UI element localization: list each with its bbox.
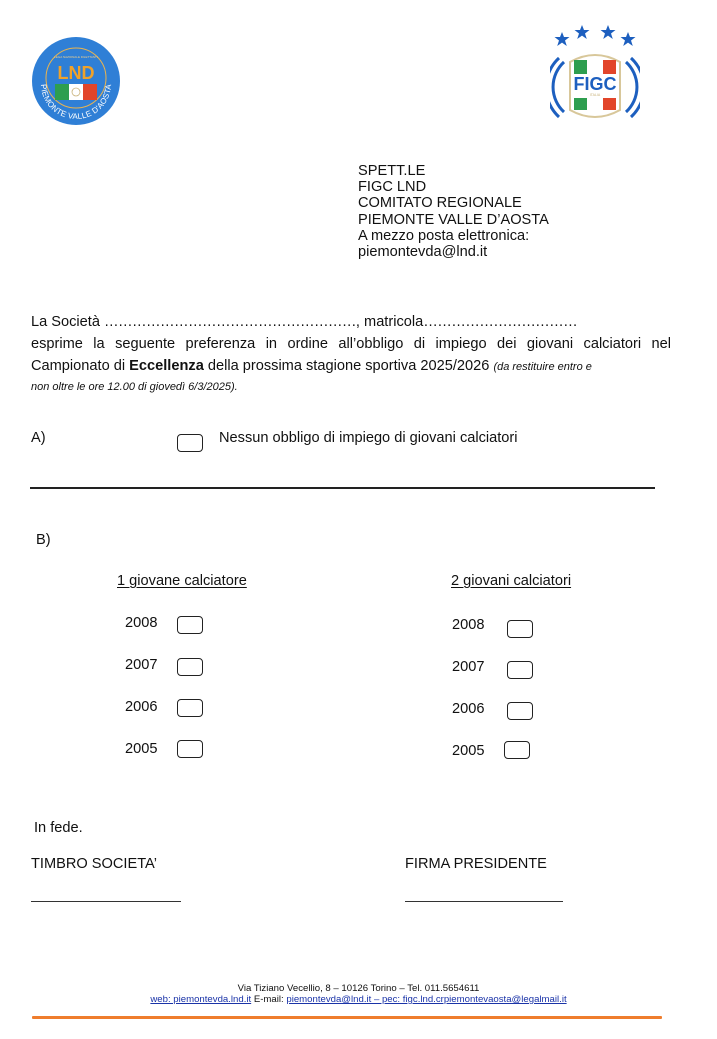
svg-text:LEGA NAZIONALE DILETTANTI: LEGA NAZIONALE DILETTANTI (54, 55, 98, 59)
year-label: 2006 (125, 699, 157, 715)
year-label: 2005 (452, 743, 484, 759)
recipient-line: FIGC LND (358, 179, 549, 195)
svg-text:LND: LND (58, 63, 95, 83)
intro-line-3: Campionato di Eccellenza della prossima … (31, 355, 671, 378)
option-a-text: Nessun obbligo di impiego di giovani cal… (219, 430, 518, 446)
svg-text:FIGC: FIGC (574, 74, 617, 94)
societa-field[interactable]: ……………………………………………… (104, 314, 356, 330)
recipient-line: A mezzo posta elettronica: (358, 228, 549, 244)
year-label: 2007 (125, 657, 157, 673)
option-b-label: B) (36, 532, 51, 548)
matricola-label: , matricola (356, 314, 423, 330)
checkbox-1-player-2007[interactable] (177, 658, 203, 676)
societa-label: La Società (31, 314, 100, 330)
year-label: 2008 (125, 615, 157, 631)
checkbox-1-player-2008[interactable] (177, 616, 203, 634)
checkbox-2-players-2006[interactable] (507, 702, 533, 720)
recipient-line: SPETT.LE (358, 163, 549, 179)
recipient-line: PIEMONTE VALLE D’AOSTA (358, 212, 549, 228)
stamp-label: TIMBRO SOCIETA’ (31, 856, 157, 872)
footer-address: Via Tiziano Vecellio, 8 – 10126 Torino –… (0, 983, 717, 994)
stamp-line[interactable] (31, 901, 181, 902)
deadline-note: (da restituire entro e (493, 361, 591, 373)
lnd-logo: LEGA NAZIONALE DILETTANTI LND PIEMONTE V… (31, 36, 121, 126)
signature-label: FIRMA PRESIDENTE (405, 856, 547, 872)
year-label: 2005 (125, 741, 157, 757)
year-label: 2006 (452, 701, 484, 717)
recipient-email: piemontevda@lnd.it (358, 244, 549, 260)
email-link[interactable]: piemontevda@lnd.it – pec: figc.lnd.crpie… (286, 994, 566, 1005)
intro-line-2: esprime la seguente preferenza in ordine… (31, 333, 671, 355)
footer-accent-bar (32, 1016, 662, 1019)
checkbox-1-player-2006[interactable] (177, 699, 203, 717)
checkbox-2-players-2007[interactable] (507, 661, 533, 679)
option-a-label: A) (31, 430, 46, 446)
checkbox-1-player-2005[interactable] (177, 740, 203, 758)
column-heading-1-player: 1 giovane calciatore (117, 573, 247, 589)
closing-text: In fede. (34, 820, 83, 836)
footer-links: web: piemontevda.lnd.it E-mail: piemonte… (0, 994, 717, 1005)
recipient-line: COMITATO REGIONALE (358, 195, 549, 211)
intro-paragraph: La Società ………………………………………………, matricola… (31, 311, 671, 396)
year-label: 2007 (452, 659, 484, 675)
championship-name: Eccellenza (129, 358, 204, 374)
svg-text:ITALIA: ITALIA (590, 93, 601, 97)
web-link[interactable]: web: piemontevda.lnd.it (150, 994, 251, 1005)
figc-logo: FIGC ITALIA (550, 22, 640, 126)
signature-line[interactable] (405, 901, 563, 902)
checkbox-2-players-2008[interactable] (507, 620, 533, 638)
matricola-field[interactable]: …………………………… (423, 314, 577, 330)
column-heading-2-players: 2 giovani calciatori (451, 573, 571, 589)
societa-line: La Società ………………………………………………, matricola… (31, 311, 671, 333)
recipient-block: SPETT.LE FIGC LND COMITATO REGIONALE PIE… (358, 163, 549, 260)
deadline-note-end: non oltre le ore 12.00 di giovedì 6/3/20… (31, 378, 671, 396)
option-a-checkbox[interactable] (177, 434, 203, 452)
checkbox-2-players-2005[interactable] (504, 741, 530, 759)
year-label: 2008 (452, 617, 484, 633)
star-icon (555, 25, 636, 46)
email-label: E-mail: (251, 994, 286, 1005)
section-divider (30, 487, 655, 489)
